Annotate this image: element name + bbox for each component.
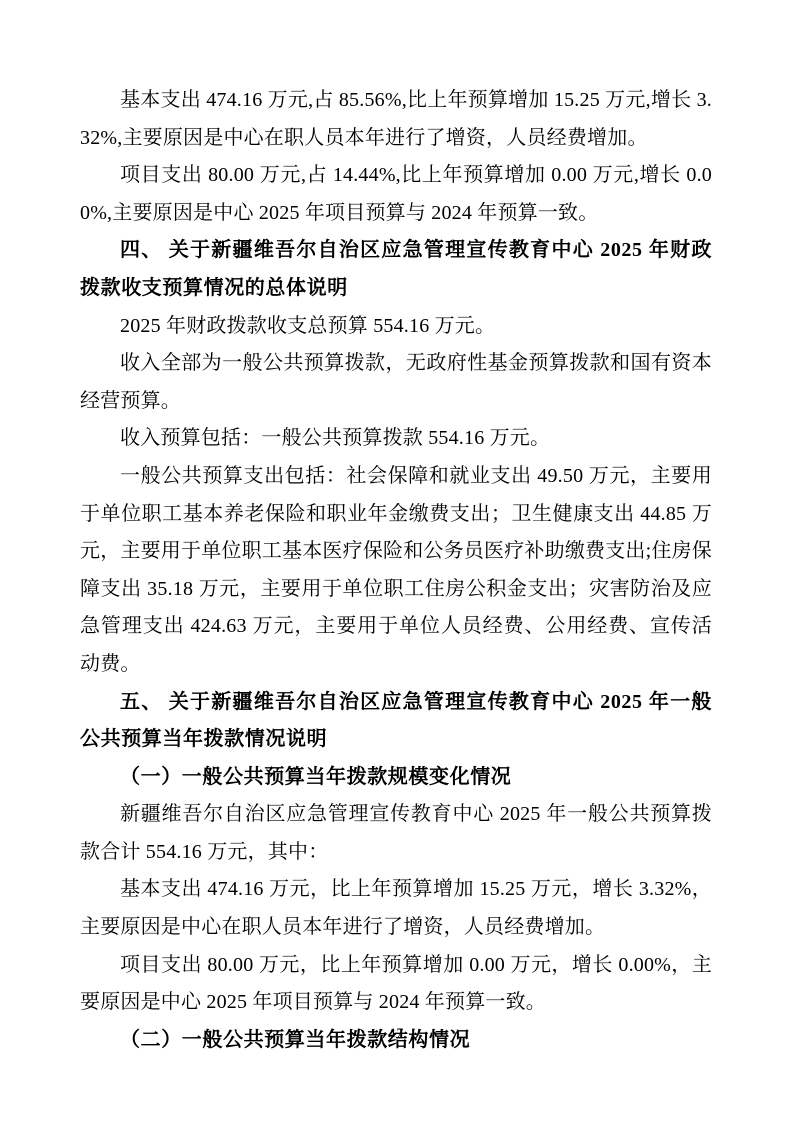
- section-heading-4: 四、 关于新疆维吾尔自治区应急管理宣传教育中心 2025 年财政拨款收支预算情况…: [80, 232, 712, 307]
- paragraph-basic-expenditure-total: 基本支出 474.16 万元,占 85.56%,比上年预算增加 15.25 万元…: [80, 82, 712, 157]
- document-page: 基本支出 474.16 万元,占 85.56%,比上年预算增加 15.25 万元…: [0, 0, 793, 1122]
- section-heading-5: 五、 关于新疆维吾尔自治区应急管理宣传教育中心 2025 年一般公共预算当年拨款…: [80, 684, 712, 759]
- subsection-heading-1: （一）一般公共预算当年拨款规模变化情况: [80, 759, 712, 797]
- paragraph-income-budget: 收入预算包括：一般公共预算拨款 554.16 万元。: [80, 420, 712, 458]
- paragraph-appropriation-total: 新疆维吾尔自治区应急管理宣传教育中心 2025 年一般公共预算拨款合计 554.…: [80, 796, 712, 871]
- document-body: 基本支出 474.16 万元,占 85.56%,比上年预算增加 15.25 万元…: [80, 82, 712, 1059]
- paragraph-income-source: 收入全部为一般公共预算拨款，无政府性基金预算拨款和国有资本经营预算。: [80, 345, 712, 420]
- paragraph-total-budget: 2025 年财政拨款收支总预算 554.16 万元。: [80, 308, 712, 346]
- page-number: 17: [0, 1024, 793, 1042]
- paragraph-project-expenditure-change: 项目支出 80.00 万元，比上年预算增加 0.00 万元，增长 0.00%，主…: [80, 947, 712, 1022]
- paragraph-expenditure-breakdown: 一般公共预算支出包括：社会保障和就业支出 49.50 万元，主要用于单位职工基本…: [80, 458, 712, 684]
- paragraph-project-expenditure-total: 项目支出 80.00 万元,占 14.44%,比上年预算增加 0.00 万元,增…: [80, 157, 712, 232]
- paragraph-basic-expenditure-change: 基本支出 474.16 万元，比上年预算增加 15.25 万元，增长 3.32%…: [80, 871, 712, 946]
